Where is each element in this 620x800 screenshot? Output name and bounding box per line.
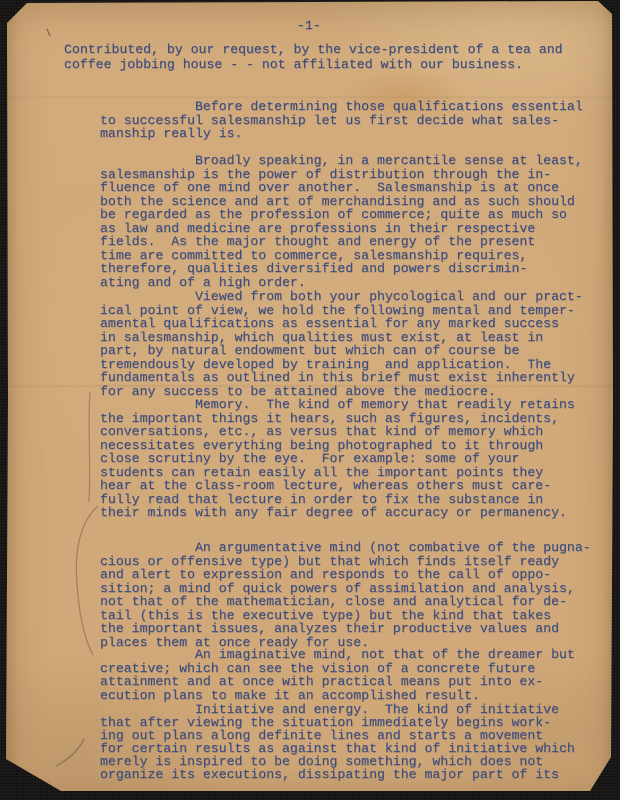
photo-background: -1- Contributed, by our request, by the … — [0, 0, 620, 800]
pencil-bracket-mark — [76, 506, 98, 655]
pencil-curve-mark — [56, 739, 84, 766]
paragraph-broadly-speaking: Broadly speaking, in a mercantile sense … — [100, 154, 583, 289]
paragraph-initiative-energy: Initiative and energy. The kind of initi… — [100, 703, 575, 781]
paragraph-argumentative-mind: An argumentative mind (not combative of … — [100, 541, 591, 649]
intro-paragraph: Contributed, by our request, by the vice… — [64, 43, 563, 72]
pencil-tick-mark — [47, 29, 50, 36]
document-page: -1- Contributed, by our request, by the … — [0, 0, 620, 800]
page-number: -1- — [297, 19, 321, 33]
paragraph-imaginative-mind: An imaginative mind, not that of the dre… — [100, 648, 575, 702]
pencil-vertical-line-mark — [89, 392, 90, 502]
paragraph-before-determining: Before determining those qualifications … — [100, 100, 583, 141]
paragraph-memory: Memory. The kind of memory that readily … — [100, 398, 575, 520]
paragraph-viewed-from: Viewed from both your phycological and o… — [100, 290, 583, 398]
